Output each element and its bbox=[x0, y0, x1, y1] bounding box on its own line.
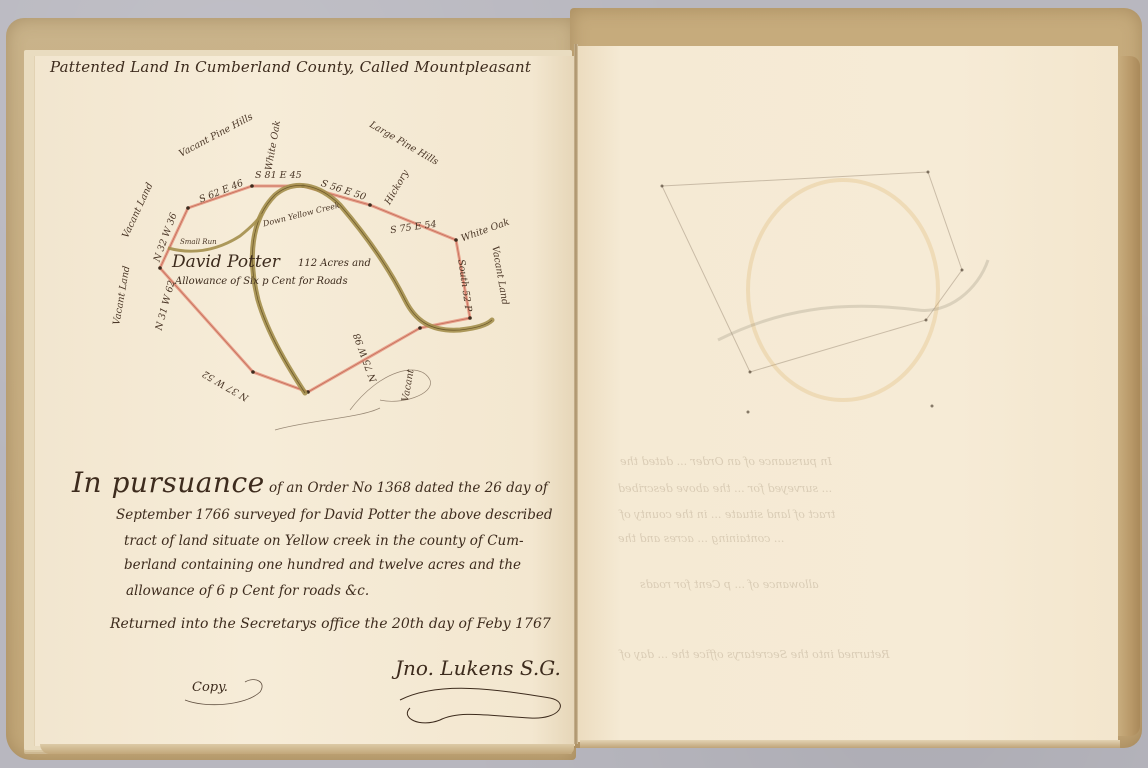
paragraph-line: berland containing one hundred and twelv… bbox=[124, 552, 521, 578]
paragraph-drop-word: In pursuance bbox=[72, 466, 265, 499]
bleed-through-text: ... containing ... acres and the bbox=[618, 532, 784, 545]
returned-line: Returned into the Secretarys office the … bbox=[110, 616, 551, 632]
bleed-through-text: allowance of ... p Cent for roads bbox=[640, 578, 819, 591]
map-allowance-label: Allowance of Six p Cent for Roads bbox=[175, 276, 348, 287]
paragraph-line: allowance of 6 p Cent for roads &c. bbox=[126, 578, 369, 604]
map-small-run-label: Small Run bbox=[180, 238, 217, 246]
bleed-through-plat bbox=[578, 100, 1138, 500]
signature-flourish bbox=[380, 670, 580, 730]
page-bottom-edge-left bbox=[40, 744, 574, 754]
paragraph-line: September 1766 surveyed for David Potter… bbox=[116, 502, 553, 528]
map-area-label: 112 Acres and bbox=[298, 258, 371, 269]
copy-flourish bbox=[175, 672, 275, 712]
bleed-through-text: tract of land situate ... in the county … bbox=[620, 508, 835, 521]
map-owner-label: David Potter bbox=[172, 252, 280, 272]
page-bottom-edge-right bbox=[580, 740, 1120, 748]
bleed-through-text: Returned into the Secretarys office the … bbox=[620, 648, 890, 661]
map-course-label: S 81 E 45 bbox=[255, 170, 302, 181]
paragraph-line: tract of land situate on Yellow creek in… bbox=[124, 528, 524, 554]
paragraph-line: of an Order No 1368 dated the 26 day of bbox=[269, 480, 548, 496]
tract-boundary bbox=[160, 186, 470, 392]
survey-paragraph: In pursuance of an Order No 1368 dated t… bbox=[72, 470, 548, 501]
bleed-through-text: ... surveyed for ... the above described bbox=[618, 482, 832, 495]
bleed-through-text: In pursuance of an Order ... dated the bbox=[620, 455, 832, 468]
